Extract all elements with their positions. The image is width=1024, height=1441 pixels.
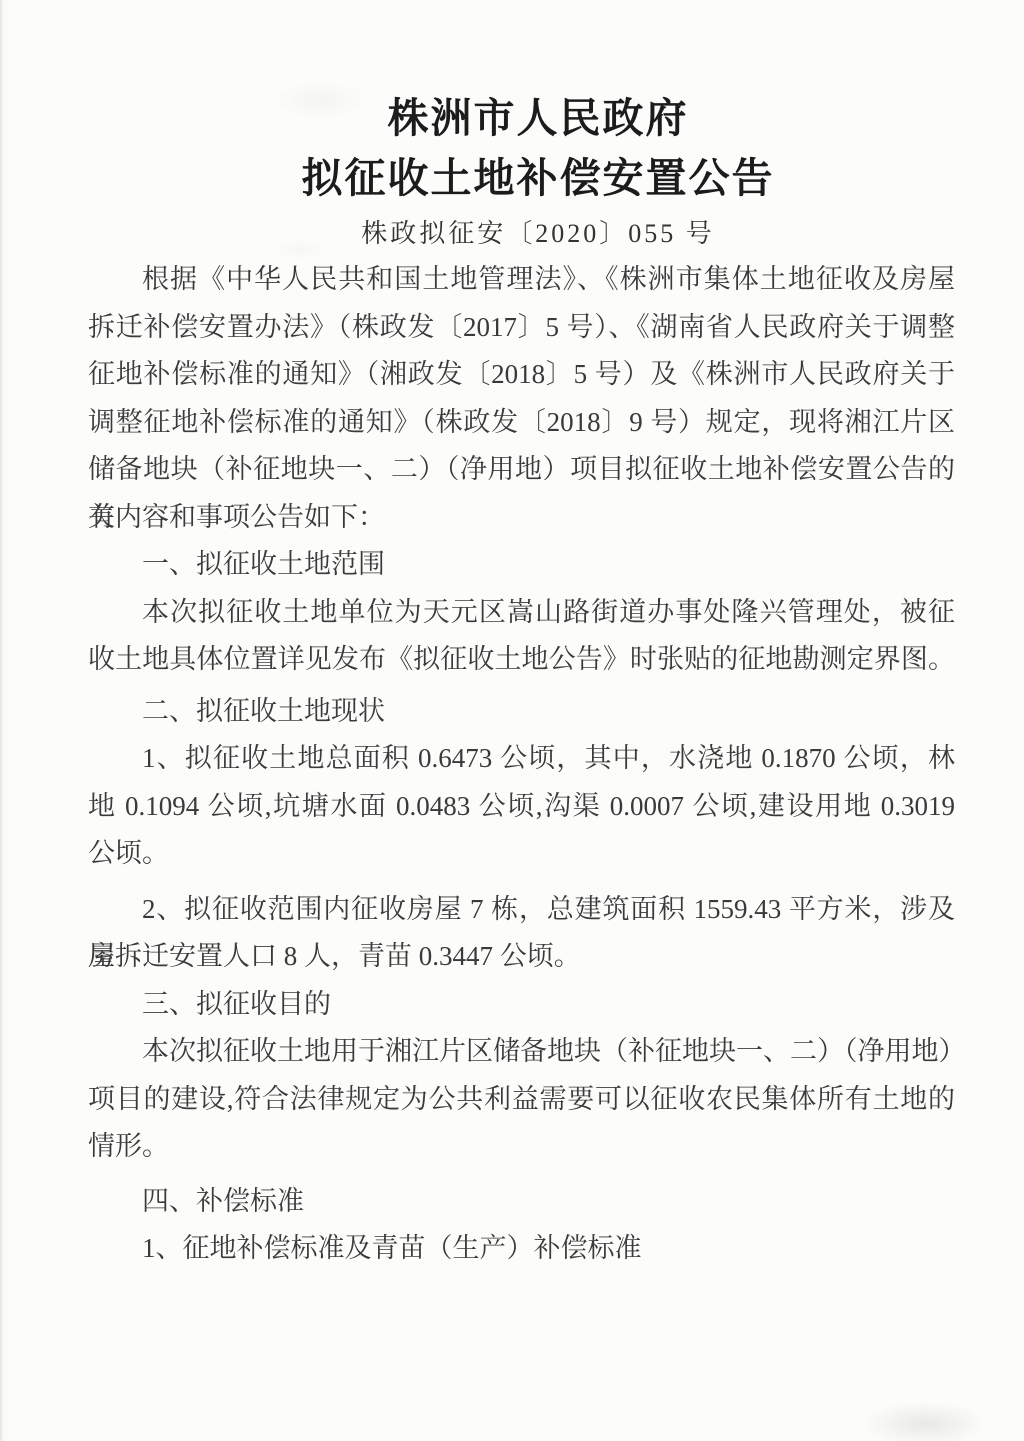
body-line: 公顷。 [88, 830, 955, 878]
body-line: 2、拟征收范围内征收房屋 7 栋，总建筑面积 1559.43 平方米，涉及房 [88, 886, 955, 934]
scanned-document-page: 株洲市人民政府 拟征收土地补偿安置公告 株政拟征安〔2020〕055 号 根据《… [0, 0, 1024, 1441]
body-line: 项目的建设,符合法律规定为公共利益需要可以征收农民集体所有土地的 [88, 1076, 955, 1124]
document-header: 株洲市人民政府 拟征收土地补偿安置公告 株政拟征安〔2020〕055 号 [98, 92, 978, 256]
body-line: 1、拟征收土地总面积 0.6473 公顷，其中，水浇地 0.1870 公顷，林 [88, 735, 955, 783]
body-line: 拆迁补偿安置办法》（株政发〔2017〕5 号）、《湖南省人民政府关于调整 [88, 304, 955, 352]
body-line: 情形。 [88, 1123, 955, 1171]
body-line: 调整征地补偿标准的通知》（株政发〔2018〕9 号）规定，现将湘江片区 [88, 399, 955, 447]
heading-section-2: 二、拟征收土地现状 [88, 688, 955, 736]
heading-section-3: 三、拟征收目的 [88, 981, 955, 1029]
doc-number: 株政拟征安〔2020〕055 号 [98, 212, 978, 256]
heading-section-4: 四、补偿标准 [88, 1178, 955, 1226]
subheading-4-1: 1、征地补偿标准及青苗（生产）补偿标准 [88, 1225, 955, 1273]
body-line: 储备地块（补征地块一、二）（净用地）项目拟征收土地补偿安置公告的有 [88, 446, 955, 494]
body-line: 本次拟征收土地用于湘江片区储备地块（补征地块一、二）（净用地） [88, 1028, 955, 1076]
page-title-subject: 拟征收土地补偿安置公告 [98, 152, 978, 204]
body-line: 本次拟征收土地单位为天元区嵩山路街道办事处隆兴管理处，被征 [88, 589, 955, 637]
heading-section-1: 一、拟征收土地范围 [88, 541, 955, 589]
body-line: 征地补偿标准的通知》（湘政发〔2018〕5 号）及《株洲市人民政府关于 [88, 351, 955, 399]
body-line: 屋拆迁安置人口 8 人，青苗 0.3447 公顷。 [88, 933, 955, 981]
body-line: 收土地具体位置详见发布《拟征收土地公告》时张贴的征地勘测定界图。 [88, 636, 955, 684]
page-title-org: 株洲市人民政府 [98, 92, 978, 144]
body-line: 根据《中华人民共和国土地管理法》、《株洲市集体土地征收及房屋 [88, 256, 955, 304]
body-line: 地 0.1094 公顷,坑塘水面 0.0483 公顷,沟渠 0.0007 公顷,… [88, 783, 955, 831]
body-line: 关内容和事项公告如下： [88, 494, 955, 542]
document-body: 根据《中华人民共和国土地管理法》、《株洲市集体土地征收及房屋 拆迁补偿安置办法》… [88, 256, 955, 1273]
